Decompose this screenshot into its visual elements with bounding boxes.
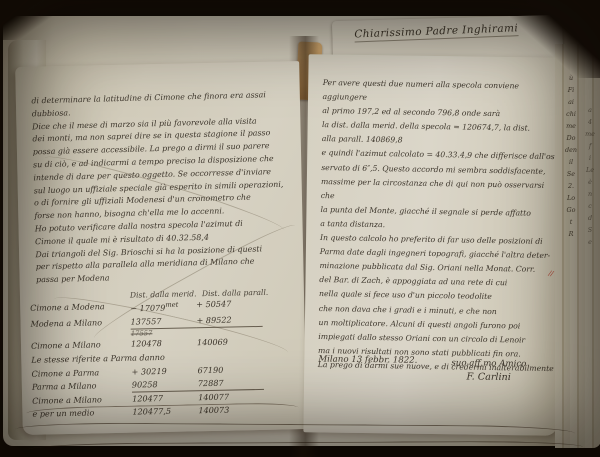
bottom-page-stack <box>11 420 595 457</box>
recipient-name: Chiarissimo Padre Inghirami <box>354 22 518 42</box>
measurement-table: Dist. dalla merid. Dist. dalla parall. C… <box>30 287 301 420</box>
manuscript-photo: 1822: Feb: 2. Chiarissimo Padre Inghiram… <box>0 0 600 457</box>
parallel-value: 72887 <box>198 376 264 391</box>
signature: F. Carlini <box>466 371 510 383</box>
meridian-value: − 17079met <box>130 298 196 315</box>
meridian-value: 137557 <box>130 314 196 329</box>
closing-block: Milano 13 febbr. 1822. suo aff.mo Amico … <box>318 354 544 385</box>
parallel-value: + 50547 <box>196 297 262 314</box>
right-page: Per avere questi due numeri alla specola… <box>303 54 562 436</box>
stack-edge-line <box>15 422 575 441</box>
meridian-value: 120478 <box>131 336 197 350</box>
parallel-value: + 89522 <box>196 313 262 328</box>
stack-edge-line <box>27 441 583 457</box>
edge-text-fragments: ù Fi ai chi me Do den il Se 2. Lo Go t R <box>563 72 579 240</box>
col-header-meridian: Dist. dalla merid. <box>130 289 202 300</box>
valediction: suo aff.mo Amico <box>451 358 526 369</box>
col-header-parallel: Dist. dalla parall. <box>202 288 274 299</box>
parallel-value: 140069 <box>197 335 263 349</box>
left-page: di determinare la latitudine di Cimone c… <box>15 61 307 435</box>
row-label: Cimone a Milano <box>31 337 131 352</box>
background-corner <box>510 0 600 78</box>
signature-block: suo aff.mo Amico F. Carlini <box>451 356 526 385</box>
unit-superscript: met <box>165 301 178 309</box>
page-edge-stack: ù Fi ai chi me Do den il Se 2. Lo Go t R… <box>555 44 600 448</box>
right-page-text: Per avere questi due numeri alla specola… <box>318 76 559 376</box>
left-page-text: di determinare la latitudine di Cimone c… <box>31 89 294 288</box>
closing-dateline: Milano 13 febbr. 1822. <box>318 354 417 365</box>
meridian-value: 90258 <box>132 377 198 392</box>
open-book: 1822: Feb: 2. Chiarissimo Padre Inghiram… <box>3 16 597 446</box>
background-corner <box>0 0 70 40</box>
edge-text-fragments: a 4 me f i Le è n c d S e <box>583 104 597 248</box>
struck-value: 17557 <box>131 328 197 337</box>
